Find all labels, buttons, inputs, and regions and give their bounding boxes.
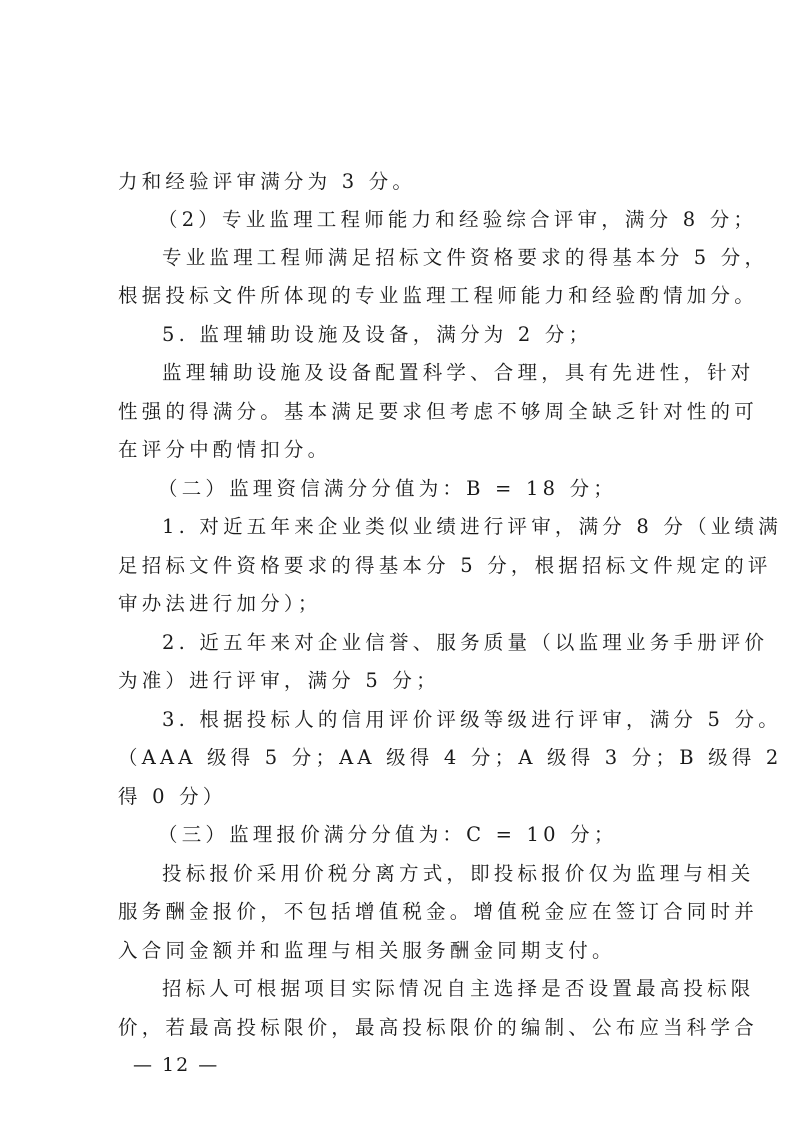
paragraph-line: 足招标文件资格要求的得基本分 5 分，根据招标文件规定的评 bbox=[118, 554, 698, 578]
page-number: — 12 — bbox=[133, 1054, 219, 1076]
paragraph-line: 招标人可根据项目实际情况自主选择是否设置最高投标限 bbox=[162, 977, 742, 1001]
paragraph-line: 根据投标文件所体现的专业监理工程师能力和经验酌情加分。 bbox=[118, 284, 698, 308]
paragraph-line: 在评分中酌情扣分。 bbox=[118, 438, 698, 462]
paragraph-line: 审办法进行加分）； bbox=[118, 592, 698, 616]
document-page: 力和经验评审满分为 3 分。 （2）专业监理工程师能力和经验综合评审，满分 8 … bbox=[0, 0, 793, 1122]
paragraph-line: 力和经验评审满分为 3 分。 bbox=[118, 170, 698, 194]
paragraph-line: 监理辅助设施及设备配置科学、合理，具有先进性，针对 bbox=[162, 361, 742, 385]
paragraph-line: 入合同金额并和监理与相关服务酬金同期支付。 bbox=[118, 939, 698, 963]
subsection-heading-2: （2）专业监理工程师能力和经验综合评审，满分 8 分； bbox=[158, 208, 738, 232]
item-heading-1: 1. 对近五年来企业类似业绩进行评审，满分 8 分（业绩满 bbox=[162, 515, 742, 539]
paragraph-line: 价，若最高投标限价，最高投标限价的编制、公布应当科学合 bbox=[118, 1016, 698, 1040]
paragraph-line: 投标报价采用价税分离方式，即投标报价仅为监理与相关 bbox=[162, 862, 742, 886]
item-heading-5: 5. 监理辅助设施及设备，满分为 2 分； bbox=[162, 323, 742, 347]
paragraph-line: 性强的得满分。基本满足要求但考虑不够周全缺乏针对性的可 bbox=[118, 400, 698, 424]
paragraph-line: 为准）进行评审，满分 5 分； bbox=[118, 669, 698, 693]
paragraph-line: 得 0 分） bbox=[118, 785, 698, 809]
paragraph-line: （AAA 级得 5 分；AA 级得 4 分；A 级得 3 分；B 级得 2 分，… bbox=[118, 746, 698, 770]
paragraph-line: 专业监理工程师满足招标文件资格要求的得基本分 5 分， bbox=[162, 246, 742, 270]
section-heading-3: （三）监理报价满分分值为：C = 10 分； bbox=[158, 823, 738, 847]
item-heading-2: 2. 近五年来对企业信誉、服务质量（以监理业务手册评价 bbox=[162, 631, 742, 655]
item-heading-3: 3. 根据投标人的信用评价评级等级进行评审，满分 5 分。 bbox=[162, 708, 742, 732]
section-heading-2: （二）监理资信满分分值为：B = 18 分； bbox=[158, 477, 738, 501]
paragraph-line: 服务酬金报价，不包括增值税金。增值税金应在签订合同时并 bbox=[118, 900, 698, 924]
